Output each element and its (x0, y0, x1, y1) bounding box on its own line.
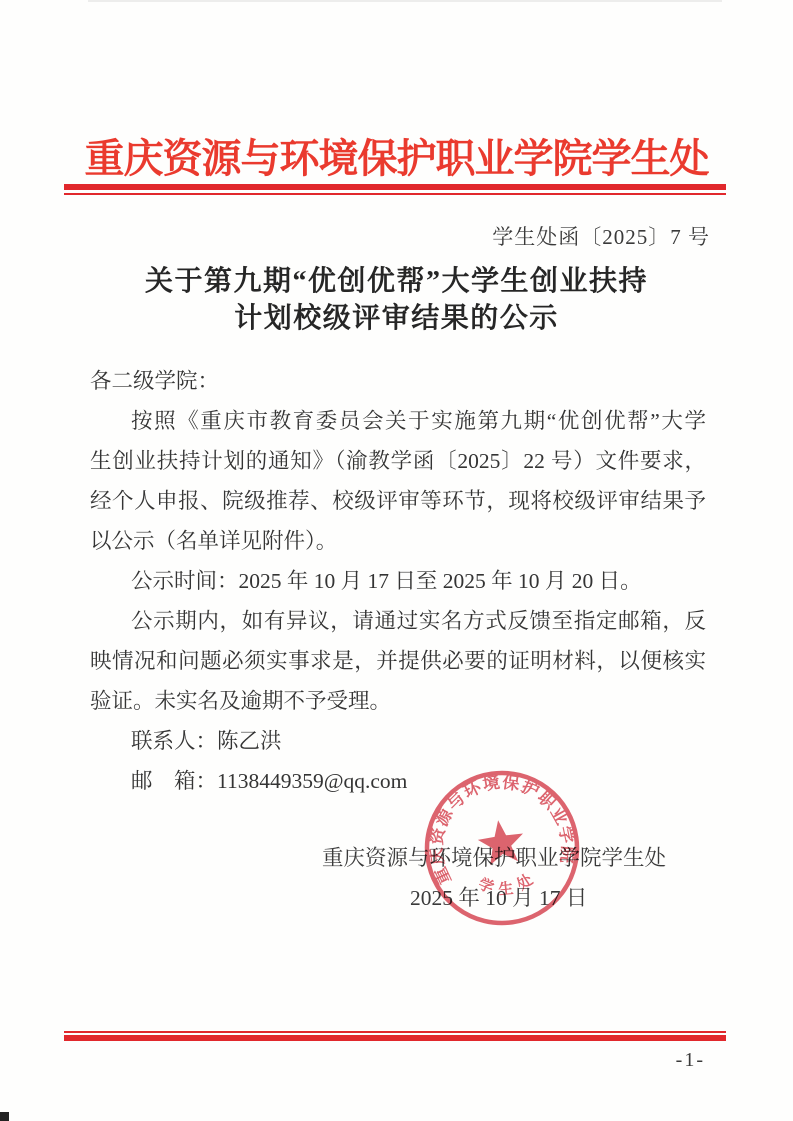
notice-title: 关于第九期“优创优帮”大学生创业扶持 计划校级评审结果的公示 (0, 263, 793, 337)
publicity-period-line: 公示时间：2025 年 10 月 17 日至 2025 年 10 月 20 日。 (90, 561, 706, 601)
scan-artifact-corner (0, 1112, 9, 1121)
body-line: 以公示（名单详见附件）。 (90, 521, 706, 561)
header-org-title: 重庆资源与环境保护职业学院学生处 (0, 127, 793, 184)
footer-rule-thick (64, 1035, 726, 1041)
body-text: 各二级学院： 按照《重庆市教育委员会关于实施第九期“优创优帮”大学 生创业扶持计… (90, 361, 706, 801)
contact-person-line: 联系人：陈乙洪 (90, 721, 706, 761)
salutation-line: 各二级学院： (90, 361, 706, 401)
signature-org: 重庆资源与环境保护职业学院学生处 (322, 841, 666, 872)
notice-title-line1: 关于第九期“优创优帮”大学生创业扶持 (0, 263, 793, 300)
header-rule (64, 184, 726, 195)
footer-rule (64, 1031, 726, 1041)
header-rule-thin (64, 193, 726, 195)
notice-title-line2: 计划校级评审结果的公示 (0, 300, 793, 337)
signature-date: 2025 年 10 月 17 日 (410, 881, 587, 912)
body-line: 验证。未实名及逾期不予受理。 (90, 681, 706, 721)
document-page: 重庆资源与环境保护职业学院学生处 学生处函〔2025〕7 号 关于第九期“优创优… (0, 0, 793, 1121)
page-number: -1- (676, 1049, 705, 1072)
doc-number: 学生处函〔2025〕7 号 (492, 221, 710, 251)
body-line: 按照《重庆市教育委员会关于实施第九期“优创优帮”大学 (90, 401, 706, 441)
body-line: 映情况和问题必须实事求是，并提供必要的证明材料，以便核实 (90, 641, 706, 681)
scan-artifact-top (88, 0, 722, 2)
body-line: 公示期内，如有异议，请通过实名方式反馈至指定邮箱，反 (90, 601, 706, 641)
contact-email-line: 邮 箱：1138449359@qq.com (90, 761, 706, 801)
body-line: 经个人申报、院级推荐、校级评审等环节，现将校级评审结果予 (90, 481, 706, 521)
body-line: 生创业扶持计划的通知》（渝教学函〔2025〕22 号）文件要求， (90, 441, 706, 481)
